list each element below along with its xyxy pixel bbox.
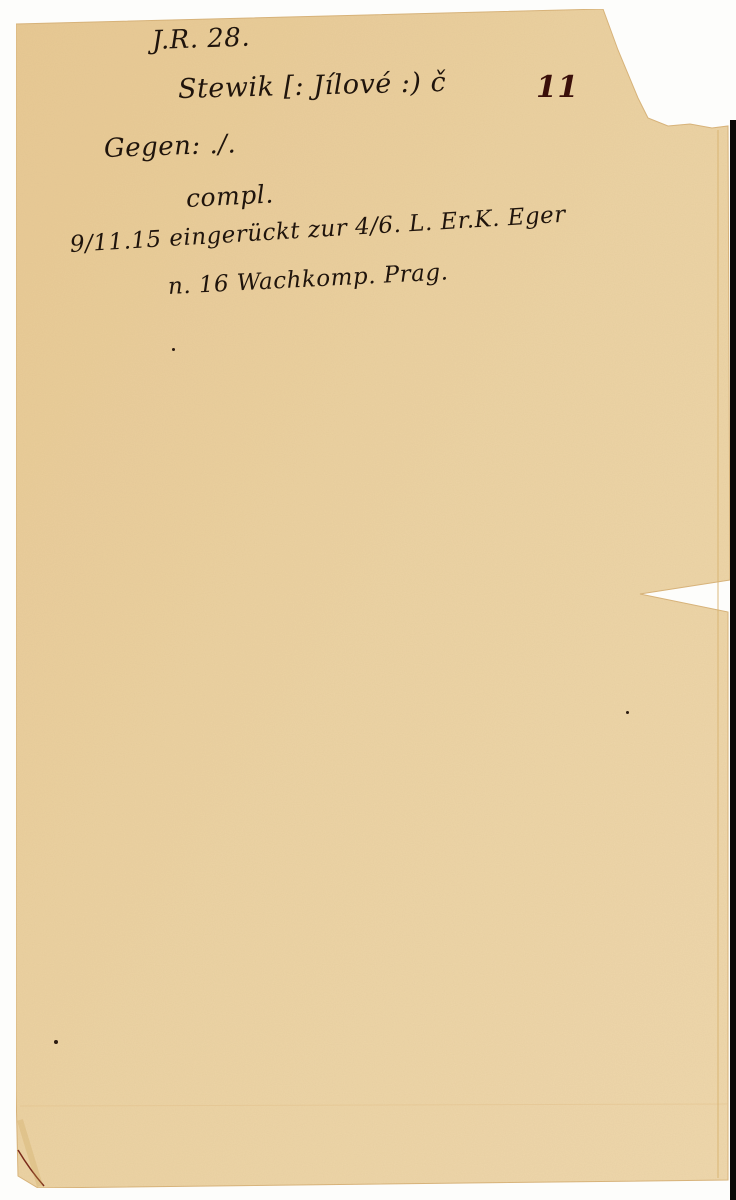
name-mark: 11 — [536, 70, 579, 105]
compl-line: compl. — [185, 179, 274, 213]
reference-number: J.R. 28. — [151, 23, 250, 56]
ink-speck — [172, 348, 175, 351]
gegen-line: Gegen: ./. — [103, 129, 236, 164]
paper-card — [0, 0, 736, 1200]
ink-speck — [54, 1040, 58, 1044]
ink-speck — [626, 711, 629, 714]
